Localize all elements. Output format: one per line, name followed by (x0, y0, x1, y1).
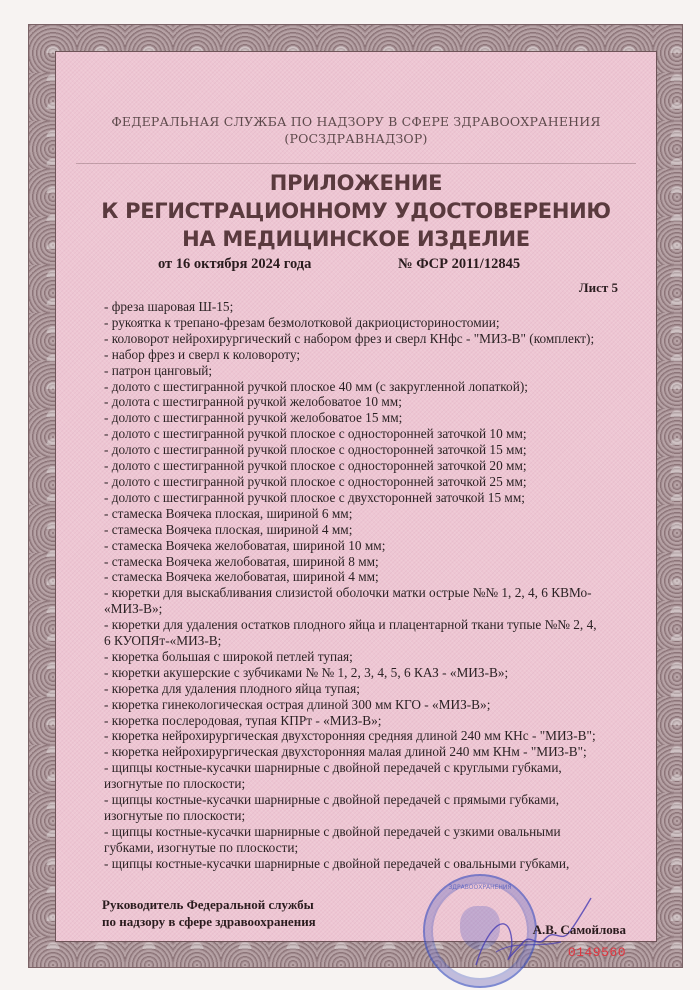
list-item: - стамеска Воячека желобоватая, шириной … (104, 569, 636, 585)
serial-number: 0149560 (568, 945, 626, 960)
agency-name: ФЕДЕРАЛЬНАЯ СЛУЖБА ПО НАДЗОРУ В СФЕРЕ ЗД… (56, 113, 656, 130)
document-title: ПРИЛОЖЕНИЕ К РЕГИСТРАЦИОННОМУ УДОСТОВЕРЕ… (56, 169, 656, 253)
list-item: «МИЗ-В»; (104, 601, 636, 617)
list-item: - кюретка нейрохирургическая двухсторонн… (104, 728, 636, 744)
list-item: губками, изогнутые по плоскости; (104, 840, 636, 856)
list-item: - набор фрез и сверл к коловороту; (104, 347, 636, 363)
agency-header: ФЕДЕРАЛЬНАЯ СЛУЖБА ПО НАДЗОРУ В СФЕРЕ ЗД… (56, 113, 656, 147)
header-divider (76, 163, 636, 164)
list-item: - щипцы костные-кусачки шарнирные с двой… (104, 856, 636, 872)
sheet-number: Лист 5 (579, 280, 618, 296)
list-item: 6 КУОПЯт-«МИЗ-В; (104, 633, 636, 649)
list-item: - кюретки для удаления остатков плодного… (104, 617, 636, 633)
list-item: - кюретка послеродовая, тупая КПРт - «МИ… (104, 713, 636, 729)
list-item: - стамеска Воячека желобоватая, шириной … (104, 538, 636, 554)
list-item: - кюретка нейрохирургическая двухсторонн… (104, 744, 636, 760)
list-item: - долото с шестигранной ручкой плоское с… (104, 442, 636, 458)
title-line-1: ПРИЛОЖЕНИЕ (56, 169, 656, 197)
list-item: - кюретка большая с широкой петлей тупая… (104, 649, 636, 665)
list-item: - щипцы костные-кусачки шарнирные с двой… (104, 760, 636, 776)
title-line-3: НА МЕДИЦИНСКОЕ ИЗДЕЛИЕ (56, 225, 656, 253)
list-item: - щипцы костные-кусачки шарнирные с двой… (104, 824, 636, 840)
list-item: - рукоятка к трепано-фрезам безмолотково… (104, 315, 636, 331)
list-item: - фреза шаровая Ш-15; (104, 299, 636, 315)
signatory-position-line-2: по надзору в сфере здравоохранения (102, 913, 316, 930)
certificate-sheet: ФЕДЕРАЛЬНАЯ СЛУЖБА ПО НАДЗОРУ В СФЕРЕ ЗД… (28, 24, 683, 968)
list-item: - кюретки для выскабливания слизистой об… (104, 585, 636, 601)
agency-abbreviation: (РОСЗДРАВНАДЗОР) (56, 130, 656, 147)
list-item: - патрон цанговый; (104, 363, 636, 379)
list-item: - щипцы костные-кусачки шарнирные с двой… (104, 792, 636, 808)
list-item: - долото с шестигранной ручкой плоское с… (104, 426, 636, 442)
device-list: - фреза шаровая Ш-15;- рукоятка к трепан… (104, 299, 636, 872)
signatory-position-line-1: Руководитель Федеральной службы (102, 896, 316, 913)
list-item: - долото с шестигранной ручкой плоское с… (104, 490, 636, 506)
list-item: изогнутые по плоскости; (104, 808, 636, 824)
signatory-name: А.В. Самойлова (533, 922, 626, 938)
list-item: - коловорот нейрохирургический с набором… (104, 331, 636, 347)
list-item: - стамеска Воячека плоская, шириной 4 мм… (104, 522, 636, 538)
title-line-2: К РЕГИСТРАЦИОННОМУ УДОСТОВЕРЕНИЮ (56, 197, 656, 225)
list-item: - долото с шестигранной ручкой плоское с… (104, 474, 636, 490)
list-item: - кюретка гинекологическая острая длиной… (104, 697, 636, 713)
list-item: - кюретки акушерские с зубчиками № № 1, … (104, 665, 636, 681)
list-item: - долота с шестигранной ручкой желобоват… (104, 394, 636, 410)
certificate-body: ФЕДЕРАЛЬНАЯ СЛУЖБА ПО НАДЗОРУ В СФЕРЕ ЗД… (55, 51, 657, 942)
registration-date: от 16 октября 2024 года (158, 256, 311, 273)
registration-number: № ФСР 2011/12845 (398, 256, 520, 273)
list-item: изогнутые по плоскости; (104, 776, 636, 792)
list-item: - долото с шестигранной ручкой плоское с… (104, 458, 636, 474)
signatory-position: Руководитель Федеральной службы по надзо… (102, 896, 316, 930)
list-item: - стамеска Воячека плоская, шириной 6 мм… (104, 506, 636, 522)
list-item: - кюретка для удаления плодного яйца туп… (104, 681, 636, 697)
list-item: - долото с шестигранной ручкой желобоват… (104, 410, 636, 426)
list-item: - стамеска Воячека желобоватая, шириной … (104, 554, 636, 570)
list-item: - долото с шестигранной ручкой плоское 4… (104, 379, 636, 395)
